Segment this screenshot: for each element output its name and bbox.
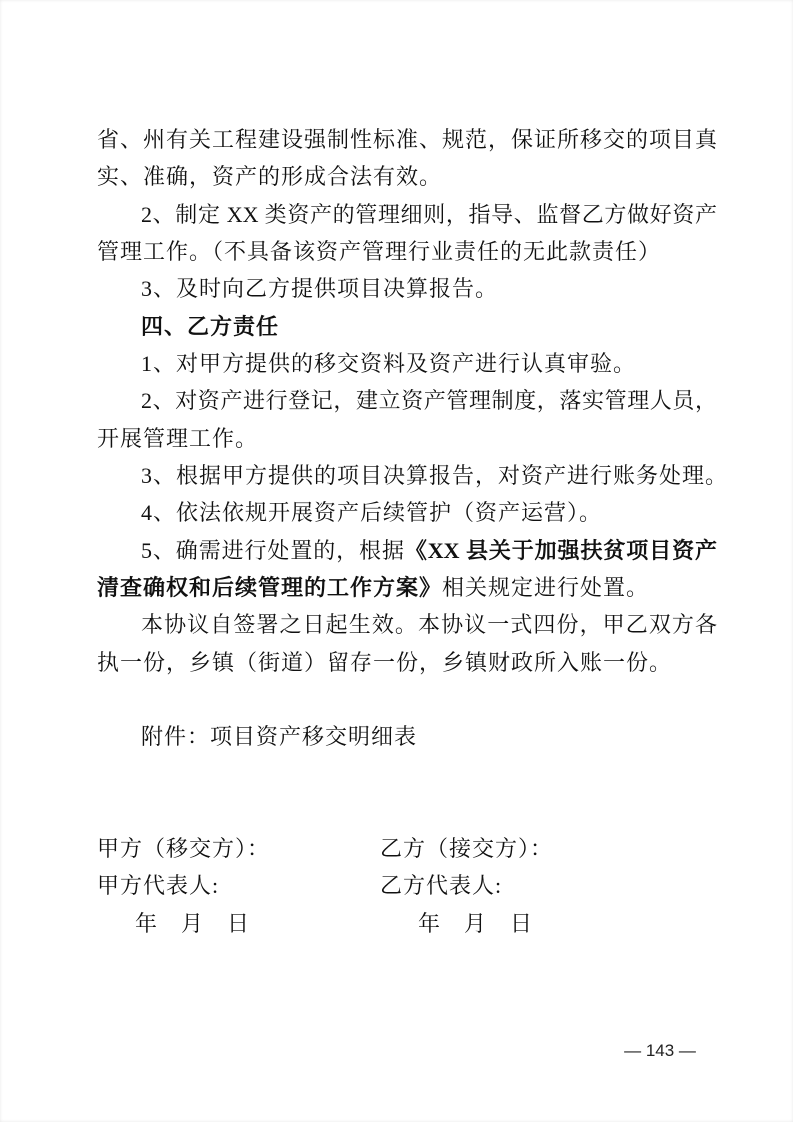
party-b-date-text: 年 月 日 <box>380 905 533 942</box>
signature-block: 甲方（移交方）： 乙方（接交方）： 甲方代表人: 乙方代表人: 年 月 日 年 … <box>97 830 717 942</box>
clause-tail-line-2: 实、准确，资产的形成合法有效。 <box>97 158 717 195</box>
party-b-item2-line-1: 2、对资产进行登记，建立资产管理制度，落实管理人员， <box>97 382 717 419</box>
party-b-signature-label: 乙方（接交方）： <box>380 830 553 867</box>
party-a-item2-line-1: 2、制定 XX 类资产的管理细则，指导、监督乙方做好资产 <box>97 196 717 233</box>
party-b-item5-prefix: 5、确需进行处置的，根据 <box>141 538 405 563</box>
signature-row-dates: 年 月 日 年 月 日 <box>97 905 717 942</box>
attachment-line: 附件：项目资产移交明细表 <box>97 718 717 755</box>
signature-row-representatives: 甲方代表人: 乙方代表人: <box>97 867 717 904</box>
party-b-item5-line-2: 清查确权和后续管理的工作方案》相关规定进行处置。 <box>97 569 717 606</box>
clause-tail-line-1: 省、州有关工程建设强制性标准、规范，保证所移交的项目真 <box>97 121 717 158</box>
party-a-item2-line-2: 管理工作。（不具备该资产管理行业责任的无此款责任） <box>97 233 717 270</box>
party-b-item4: 4、依法依规开展资产后续管护（资产运营）。 <box>97 494 717 531</box>
party-b-item3: 3、根据甲方提供的项目决算报告，对资产进行账务处理。 <box>97 457 717 494</box>
party-b-representative-label: 乙方代表人: <box>380 867 502 904</box>
party-b-item5-line-1: 5、确需进行处置的，根据《XX 县关于加强扶贫项目资产 <box>97 532 717 569</box>
party-a-date-text: 年 月 日 <box>97 905 250 942</box>
document-page: 省、州有关工程建设强制性标准、规范，保证所移交的项目真 实、准确，资产的形成合法… <box>0 0 793 1122</box>
effectiveness-line-2: 执一份，乡镇（街道）留存一份，乡镇财政所入账一份。 <box>97 644 717 681</box>
page-number: — 143 — <box>560 1040 760 1062</box>
party-a-signature-label: 甲方（移交方）： <box>97 830 270 867</box>
section-heading-party-b-duties: 四、乙方责任 <box>97 308 717 345</box>
party-a-representative-label: 甲方代表人: <box>97 867 219 904</box>
attachment-label: 附件：项目资产移交明细表 <box>97 724 417 749</box>
document-body: 省、州有关工程建设强制性标准、规范，保证所移交的项目真 实、准确，资产的形成合法… <box>97 121 717 681</box>
book-title-part-2: 清查确权和后续管理的工作方案》 <box>97 575 442 600</box>
party-b-item5-suffix: 相关规定进行处置。 <box>442 575 649 600</box>
party-b-item1: 1、对甲方提供的移交资料及资产进行认真审验。 <box>97 345 717 382</box>
party-a-item3: 3、及时向乙方提供项目决算报告。 <box>97 270 717 307</box>
signature-row-parties: 甲方（移交方）： 乙方（接交方）： <box>97 830 717 867</box>
party-b-item2-line-2: 开展管理工作。 <box>97 420 717 457</box>
party-a-date-label: 年 月 日 <box>97 905 250 942</box>
party-b-date-label: 年 月 日 <box>380 905 533 942</box>
book-title-part-1: 《XX 县关于加强扶贫项目资产 <box>405 538 717 563</box>
effectiveness-line-1: 本协议自签署之日起生效。本协议一式四份，甲乙双方各 <box>97 606 717 643</box>
